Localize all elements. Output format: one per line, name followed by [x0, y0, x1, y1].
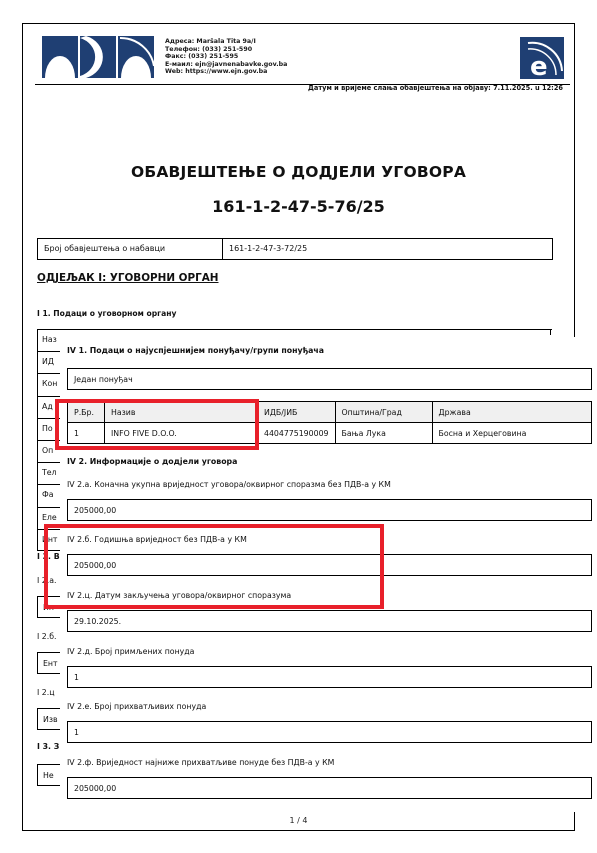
notice-number-label: Број обавјештења о набавци [38, 239, 223, 259]
cell-id: 4404775190009 [258, 423, 336, 444]
bidder-table: Р.Бр. Назив ИДБ/ЈИБ Општина/Град Држава … [67, 401, 592, 444]
contact-address: Адреса: Maršala Tita 9a/I [165, 38, 287, 46]
document-title: ОБАВЈЕШТЕЊЕ О ДОДЈЕЛИ УГОВОРА [0, 163, 597, 181]
e-logo-icon: e [520, 37, 564, 79]
cell-city: Бања Лука [335, 423, 432, 444]
field-label: IV 2.е. Број прихватљивих понуда [67, 702, 206, 711]
divider [222, 329, 552, 330]
contact-info: Адреса: Maršala Tita 9a/I Телефон: (033)… [165, 38, 287, 76]
document-number: 161-1-2-47-5-76/25 [0, 197, 597, 216]
bg-label: I 2.а. [37, 576, 56, 585]
divider [550, 329, 551, 335]
ejn-logo-icon [42, 36, 154, 78]
page-number: 1 / 4 [0, 816, 597, 825]
field-value: 1 [67, 721, 592, 743]
bg-label: I 3. З [37, 742, 59, 751]
col-header: Назив [105, 402, 258, 423]
field-value: 205000,00 [67, 777, 592, 799]
field-value: 205000,00 [67, 554, 592, 576]
table-row: 1 INFO FIVE D.O.O. 4404775190009 Бања Лу… [68, 423, 592, 444]
field-value: 1 [67, 666, 592, 688]
field-label: IV 2.д. Број примљених понуда [67, 647, 194, 656]
field-label: IV 2.ц. Датум закључења уговора/оквирног… [67, 591, 291, 600]
field-label: IV 2.ф. Вриједност најниже прихватљиве п… [67, 758, 334, 767]
contact-email: Е-маил: ejn@javnenabavke.gov.ba [165, 61, 287, 69]
cell-number: 1 [68, 423, 105, 444]
bidder-type-field: Један понуђач [67, 368, 592, 390]
cell-name: INFO FIVE D.O.O. [105, 423, 258, 444]
contact-phone: Телефон: (033) 251-590 [165, 46, 287, 54]
notice-number-row: Број обавјештења о набавци 161-1-2-47-3-… [37, 238, 553, 260]
iv1-title: IV 1. Подаци о најуспјешнијем понуђачу/г… [67, 346, 324, 355]
contact-web: Web: https://www.ejn.gov.ba [165, 68, 287, 76]
svg-text:e: e [530, 52, 548, 79]
notice-number-value: 161-1-2-47-3-72/25 [223, 239, 307, 259]
field-label: IV 2.б. Годишња вриједност без ПДВ-а у К… [67, 535, 247, 544]
col-header: ИДБ/ЈИБ [258, 402, 336, 423]
col-header: Држава [432, 402, 592, 423]
section-title: ОДЈЕЉАК I: УГОВОРНИ ОРГАН [37, 272, 219, 284]
cell-country: Босна и Херцеговина [432, 423, 592, 444]
col-header: Р.Бр. [68, 402, 105, 423]
bg-label: I 2.б. [37, 632, 57, 641]
bg-label: I 2.ц [37, 688, 55, 697]
award-info-overlay: IV 1. Подаци о најуспјешнијем понуђачу/г… [60, 337, 597, 812]
field-value: 205000,00 [67, 499, 592, 521]
sent-date: Датум и вријеме слања обавјештења на обј… [308, 84, 563, 92]
iv2-title: IV 2. Информације о додјели уговора [67, 457, 237, 466]
table-header-row: Р.Бр. Назив ИДБ/ЈИБ Општина/Град Држава [68, 402, 592, 423]
field-label: IV 2.а. Коначна укупна вриједност уговор… [67, 480, 391, 489]
col-header: Општина/Град [335, 402, 432, 423]
bg-label: I 2. В [37, 552, 60, 561]
subsection-title: I 1. Подаци о уговорном органу [37, 309, 176, 318]
field-value: 29.10.2025. [67, 610, 592, 632]
contact-fax: Факс: (033) 251-595 [165, 53, 287, 61]
